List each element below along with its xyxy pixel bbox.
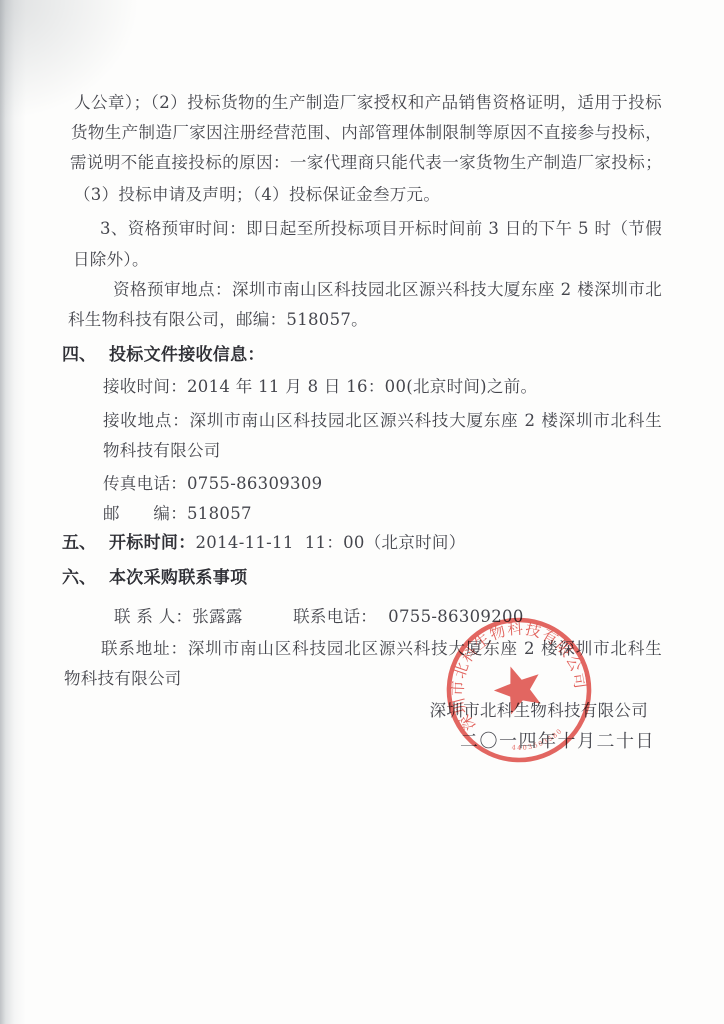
signature-company: 深圳市北科生物科技有限公司 bbox=[430, 700, 648, 722]
continued-paragraph-line-2: 货物生产制造厂家因注册经营范围、内部管理体制限制等原因不直接参与投标， bbox=[71, 122, 662, 144]
prequalification-time-line-1: 3、资格预审时间：即日起至所投标项目开标时间前 3 日的下午 5 时（节假 bbox=[100, 218, 662, 240]
continued-paragraph-line-1: 人公章）；（2）投标货物的生产制造厂家授权和产品销售资格证明，适用于投标 bbox=[74, 92, 662, 114]
contact-address-line-1: 联系地址：深圳市南山区科技园北区源兴科技大厦东座 2 楼深圳市北科生 bbox=[101, 638, 662, 660]
contact-person-line: 联 系 人：张露露 联系电话： 0755-86309200 bbox=[114, 606, 524, 628]
prequalification-time-line-2: 日除外）。 bbox=[73, 249, 149, 271]
section-four-title: 投标文件接收信息： bbox=[109, 345, 265, 365]
section-five-value: 2014-11-11 11：00（北京时间） bbox=[196, 533, 466, 552]
section-five-number: 五、 bbox=[62, 532, 96, 554]
section-six-title: 本次采购联系事项 bbox=[109, 568, 247, 588]
postcode-line: 邮 编：518057 bbox=[103, 503, 252, 525]
section-six-heading: 六、本次采购联系事项 bbox=[62, 567, 247, 589]
continued-paragraph-line-3: 需说明不能直接投标的原因：一家代理商只能代表一家货物生产制造厂家投标； bbox=[70, 152, 662, 174]
scanned-document-page: 人公章）；（2）投标货物的生产制造厂家授权和产品销售资格证明，适用于投标 货物生… bbox=[0, 0, 724, 1024]
prequalification-place-line-2: 科生物科技有限公司，邮编：518057。 bbox=[68, 309, 368, 331]
section-five-heading: 五、开标时间：2014-11-11 11：00（北京时间） bbox=[62, 532, 466, 554]
contact-address-line-2: 物科技有限公司 bbox=[64, 668, 182, 690]
receive-place-line-1: 接收地点：深圳市南山区科技园北区源兴科技大厦东座 2 楼深圳市北科生 bbox=[103, 410, 662, 432]
continued-paragraph-line-4: （3）投标申请及声明；（4）投标保证金叁万元。 bbox=[74, 184, 440, 206]
signature-date: 二〇一四年十月二十日 bbox=[460, 731, 655, 753]
section-four-heading: 四、投标文件接收信息： bbox=[62, 344, 265, 366]
scan-edge-shadow bbox=[0, 0, 26, 1024]
section-four-number: 四、 bbox=[62, 344, 96, 366]
prequalification-place-line-1: 资格预审地点：深圳市南山区科技园北区源兴科技大厦东座 2 楼深圳市北 bbox=[113, 279, 662, 301]
receive-time-line: 接收时间：2014 年 11 月 8 日 16：00(北京时间)之前。 bbox=[103, 376, 537, 398]
receive-place-line-2: 物科技有限公司 bbox=[103, 440, 221, 462]
section-five-label: 开标时间： bbox=[109, 533, 196, 553]
fax-line: 传真电话：0755-86309309 bbox=[103, 473, 322, 495]
section-six-number: 六、 bbox=[62, 567, 96, 589]
